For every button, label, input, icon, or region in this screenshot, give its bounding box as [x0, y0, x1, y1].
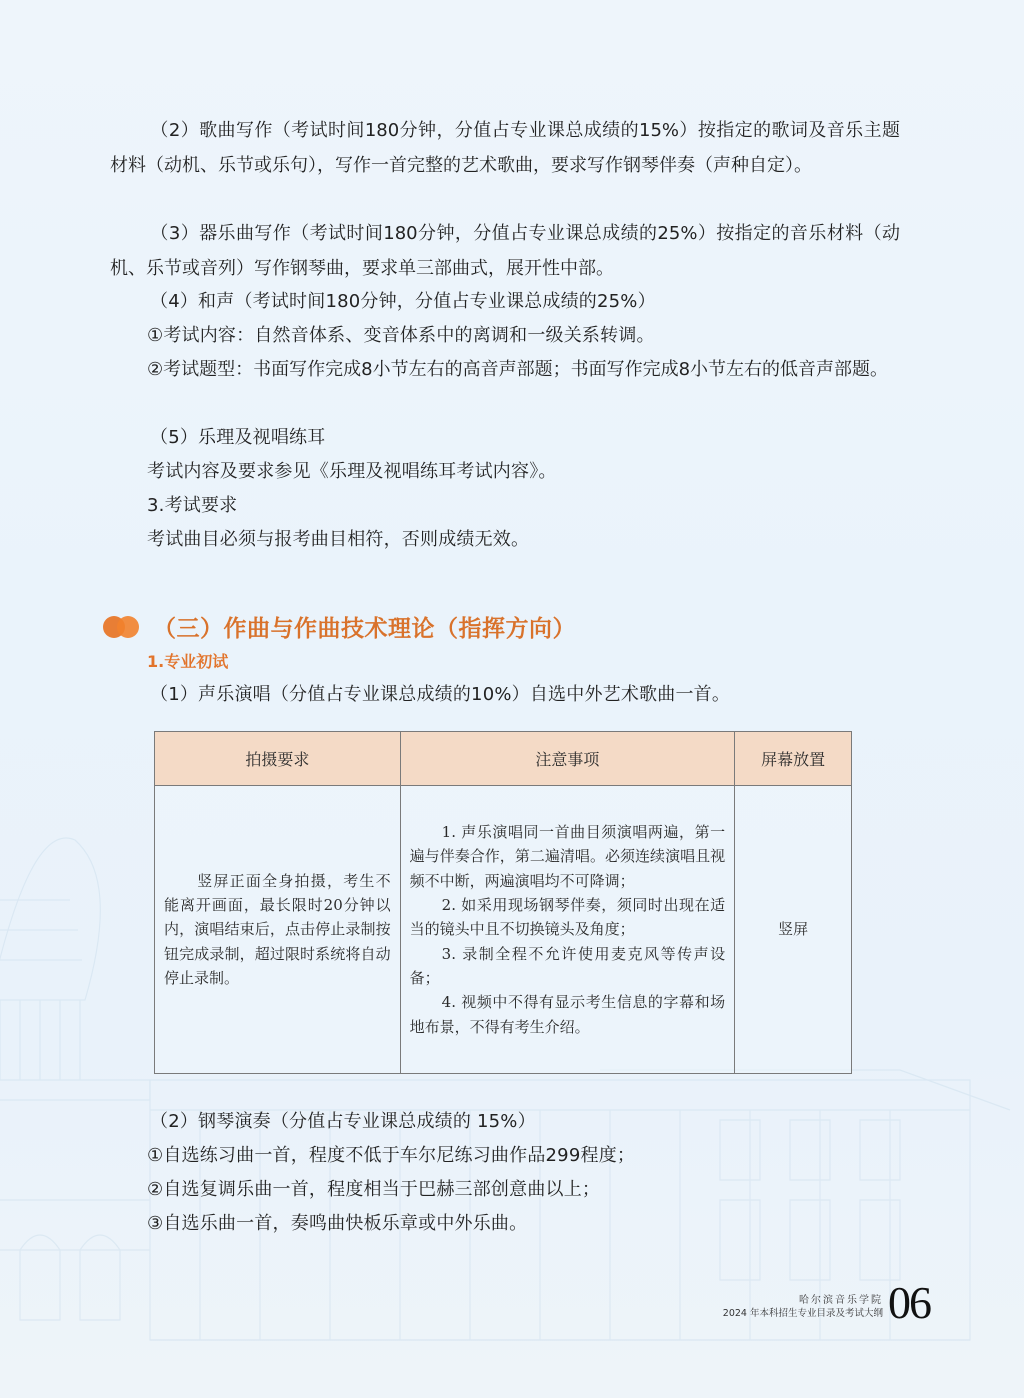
cell-shooting-requirements: 竖屏正面全身拍摄，考生不能离开画面，最长限时20分钟以内，演唱结束后，点击停止录…	[155, 786, 401, 1074]
header-notes: 注意事项	[400, 732, 735, 786]
footer-subtitle: 2024 年本科招生专业目录及考试大纲	[723, 1307, 883, 1320]
section-heading: （三）作曲与作曲技术理论（指挥方向）	[103, 608, 576, 644]
vocal-performance-item: （1）声乐演唱（分值占专业课总成绩的10%）自选中外艺术歌曲一首。	[150, 678, 730, 712]
paragraph-theory: （5）乐理及视唱练耳	[150, 421, 325, 455]
paragraph-text: （3）器乐曲写作（考试时间180分钟，分值占专业课总成绩的25%）按指定的音乐材…	[110, 223, 900, 279]
note-item: 2. 如采用现场钢琴伴奏，须同时出现在适当的镜头中且不切换镜头及角度；	[410, 893, 726, 942]
piano-performance-item: （2）钢琴演奏（分值占专业课总成绩的 15%）	[150, 1105, 536, 1139]
recording-requirements-table: 拍摄要求 注意事项 屏幕放置 竖屏正面全身拍摄，考生不能离开画面，最长限时20分…	[154, 731, 852, 1074]
table-row: 竖屏正面全身拍摄，考生不能离开画面，最长限时20分钟以内，演唱结束后，点击停止录…	[155, 786, 852, 1074]
section-title: （三）作曲与作曲技术理论（指挥方向）	[153, 610, 576, 643]
page-footer: 哈尔滨音乐学院 2024 年本科招生专业目录及考试大纲 06	[723, 1280, 930, 1326]
paragraph-song-writing: （2）歌曲写作（考试时间180分钟，分值占专业课总成绩的15%）按指定的歌词及音…	[110, 114, 900, 183]
note-item: 3. 录制全程不允许使用麦克风等传声设备；	[410, 942, 726, 991]
document-page: （2）歌曲写作（考试时间180分钟，分值占专业课总成绩的15%）按指定的歌词及音…	[0, 0, 1024, 1398]
header-screen-placement: 屏幕放置	[735, 732, 852, 786]
piano-item-polyphonic: ②自选复调乐曲一首，程度相当于巴赫三部创意曲以上；	[147, 1173, 600, 1207]
harmony-item-type: ②考试题型：书面写作完成8小节左右的高音声部题；书面写作完成8小节左右的低音声部…	[110, 353, 900, 388]
subheading-preliminary-exam: 1.专业初试	[147, 648, 228, 676]
requirements-text: 考试曲目必须与报考曲目相符，否则成绩无效。	[147, 523, 529, 557]
header-shooting-requirements: 拍摄要求	[155, 732, 401, 786]
piano-item-piece: ③自选乐曲一首，奏鸣曲快板乐章或中外乐曲。	[147, 1207, 527, 1241]
paragraph-text: （2）歌曲写作（考试时间180分钟，分值占专业课总成绩的15%）按指定的歌词及音…	[110, 120, 900, 176]
paragraph-text: ②考试题型：书面写作完成8小节左右的高音声部题；书面写作完成8小节左右的低音声部…	[147, 359, 888, 380]
page-number: 06	[888, 1280, 930, 1326]
requirements-heading: 3.考试要求	[147, 489, 237, 523]
piano-item-etude: ①自选练习曲一首，程度不低于车尔尼练习曲作品299程度；	[147, 1139, 635, 1173]
paragraph-harmony: （4）和声（考试时间180分钟，分值占专业课总成绩的25%）	[150, 285, 656, 319]
note-item: 4. 视频中不得有显示考生信息的字幕和场地布景，不得有考生介绍。	[410, 990, 726, 1039]
cell-screen-placement: 竖屏	[735, 786, 852, 1074]
theory-description: 考试内容及要求参见《乐理及视唱练耳考试内容》。	[147, 455, 557, 489]
cell-text: 竖屏正面全身拍摄，考生不能离开画面，最长限时20分钟以内，演唱结束后，点击停止录…	[164, 872, 391, 987]
harmony-item-content: ①考试内容：自然音体系、变音体系中的离调和一级关系转调。	[147, 319, 655, 353]
note-item: 1. 声乐演唱同一首曲目须演唱两遍，第一遍与伴奏合作，第二遍清唱。必须连续演唱且…	[410, 820, 726, 893]
table-header-row: 拍摄要求 注意事项 屏幕放置	[155, 732, 852, 786]
footer-school-name: 哈尔滨音乐学院	[723, 1294, 883, 1307]
cell-notes: 1. 声乐演唱同一首曲目须演唱两遍，第一遍与伴奏合作，第二遍清唱。必须连续演唱且…	[400, 786, 735, 1074]
orange-circles-icon	[103, 614, 143, 638]
paragraph-instrumental-writing: （3）器乐曲写作（考试时间180分钟，分值占专业课总成绩的25%）按指定的音乐材…	[110, 217, 900, 286]
